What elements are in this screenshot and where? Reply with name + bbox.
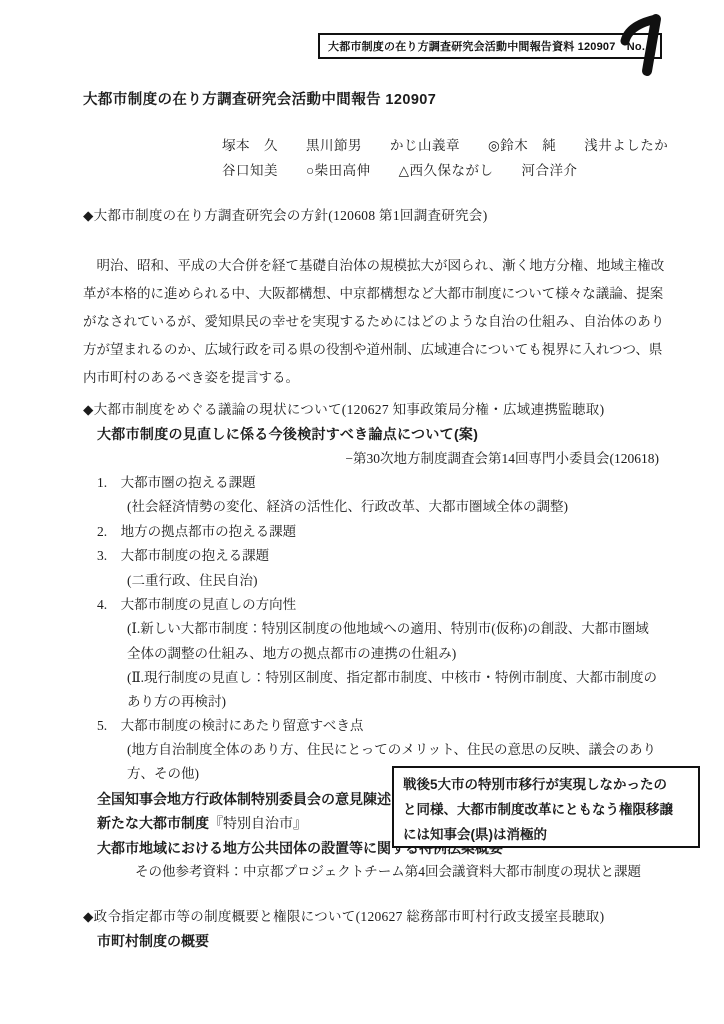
list-line: (地方自治制度全体のあり方、住民にとってのメリット、住民の意思の反映、議会のあり: [127, 739, 656, 761]
reference-line: その他参考資料：中京都プロジェクトチーム第4回会議資料大都市制度の現状と課題: [135, 861, 641, 883]
note-line: と同様、大都市制度改革にともなう権限移譲: [403, 797, 689, 822]
section1-paragraph: 明治、昭和、平成の大合併を経て基礎自治体の規模拡大が図られ、漸く地方分権、地域主…: [83, 252, 659, 392]
note-line: 戦後5大市の特別市移行が実現しなかったの: [403, 772, 689, 797]
document-page: 大都市制度の在り方調査研究会活動中間報告資料 120907 No. 1 大都市制…: [0, 0, 724, 1024]
section2-heading: ◆大都市制度をめぐる議論の現状について(120627 知事政策局分権・広域連携監…: [83, 399, 604, 421]
members-line-1: 塚本 久 黒川節男 かじ山義章 ◎鈴木 純 浅井よしたか: [222, 134, 668, 154]
paragraph-line: 革が本格的に進められる中、大阪都構想、中京都構想など大都市制度について様々な議論…: [83, 280, 659, 308]
section2-subheading: 大都市制度の見直しに係る今後検討すべき論点について(案): [97, 423, 478, 445]
new-system-line: 新たな大都市制度『特別自治市』: [97, 812, 307, 836]
list-line: (Ⅱ.現行制度の見直し：特別区制度、指定都市制度、中核市・特例市制度、大都市制度…: [127, 667, 657, 689]
list-line: 方、その他): [127, 763, 199, 785]
list-line: (社会経済情勢の変化、経済の活性化、行政改革、大都市圏域全体の調整): [127, 496, 568, 518]
list-line: 1. 大都市圏の抱える課題: [97, 472, 256, 494]
page-number-value: 1: [674, 12, 675, 13]
list-line: 4. 大都市制度の見直しの方向性: [97, 594, 296, 616]
list-line: あり方の再検討): [127, 691, 226, 713]
list-line: (Ⅰ.新しい大都市制度：特別区制度の他地域への適用、特別市(仮称)の創設、大都市…: [127, 618, 649, 640]
list-line: (二重行政、住民自治): [127, 570, 258, 592]
section3-heading: ◆政令指定都市等の制度概要と権限について(120627 総務部市町村行政支援室長…: [83, 906, 604, 928]
section2-source-line: −第30次地方制度調査会第14回専門小委員会(120618): [83, 448, 659, 470]
handwritten-number-icon: [616, 12, 674, 78]
note-line: には知事会(県)は消極的: [403, 822, 689, 847]
list-line: 2. 地方の拠点都市の抱える課題: [97, 521, 296, 543]
new-system-quote-text: 『特別自治市』: [209, 817, 307, 832]
handwritten-page-number: 1: [616, 12, 674, 78]
members-line-2: 谷口知美 ○柴田高伸 △西久保ながし 河合洋介: [222, 159, 578, 179]
new-system-bold-text: 新たな大都市制度: [97, 815, 209, 831]
section1-heading: ◆大都市制度の在り方調査研究会の方針(120608 第1回調査研究会): [83, 205, 488, 227]
paragraph-line: 内市町村のあるべき姿を提言する。: [83, 364, 659, 392]
section3-subheading: 市町村制度の概要: [97, 930, 209, 952]
list-line: 全体の調整の仕組み、地方の拠点都市の連携の仕組み): [127, 643, 456, 665]
header-doc-label: 大都市制度の在り方調査研究会活動中間報告資料 120907 No.: [320, 38, 645, 54]
header-box: 大都市制度の在り方調査研究会活動中間報告資料 120907 No.: [318, 33, 662, 59]
list-line: 3. 大都市制度の抱える課題: [97, 545, 269, 567]
paragraph-line: 方が望まれるのか、広域行政を司る県の役割や道州制、広域連合についても視界に入れつ…: [83, 336, 659, 364]
paragraph-line: がなされているが、愛知県民の幸せを実現するためにはどのような自治の仕組み、自治体…: [83, 308, 659, 336]
list-line: 5. 大都市制度の検討にあたり留意すべき点: [97, 715, 363, 737]
page-title: 大都市制度の在り方調査研究会活動中間報告 120907: [83, 88, 436, 109]
paragraph-line: 明治、昭和、平成の大合併を経て基礎自治体の規模拡大が図られ、漸く地方分権、地域主…: [83, 252, 659, 280]
opinion-statement-line: 全国知事会地方行政体制特別委員会の意見陳述: [97, 788, 391, 810]
note-box: 戦後5大市の特別市移行が実現しなかったの と同様、大都市制度改革にともなう権限移…: [392, 766, 700, 848]
